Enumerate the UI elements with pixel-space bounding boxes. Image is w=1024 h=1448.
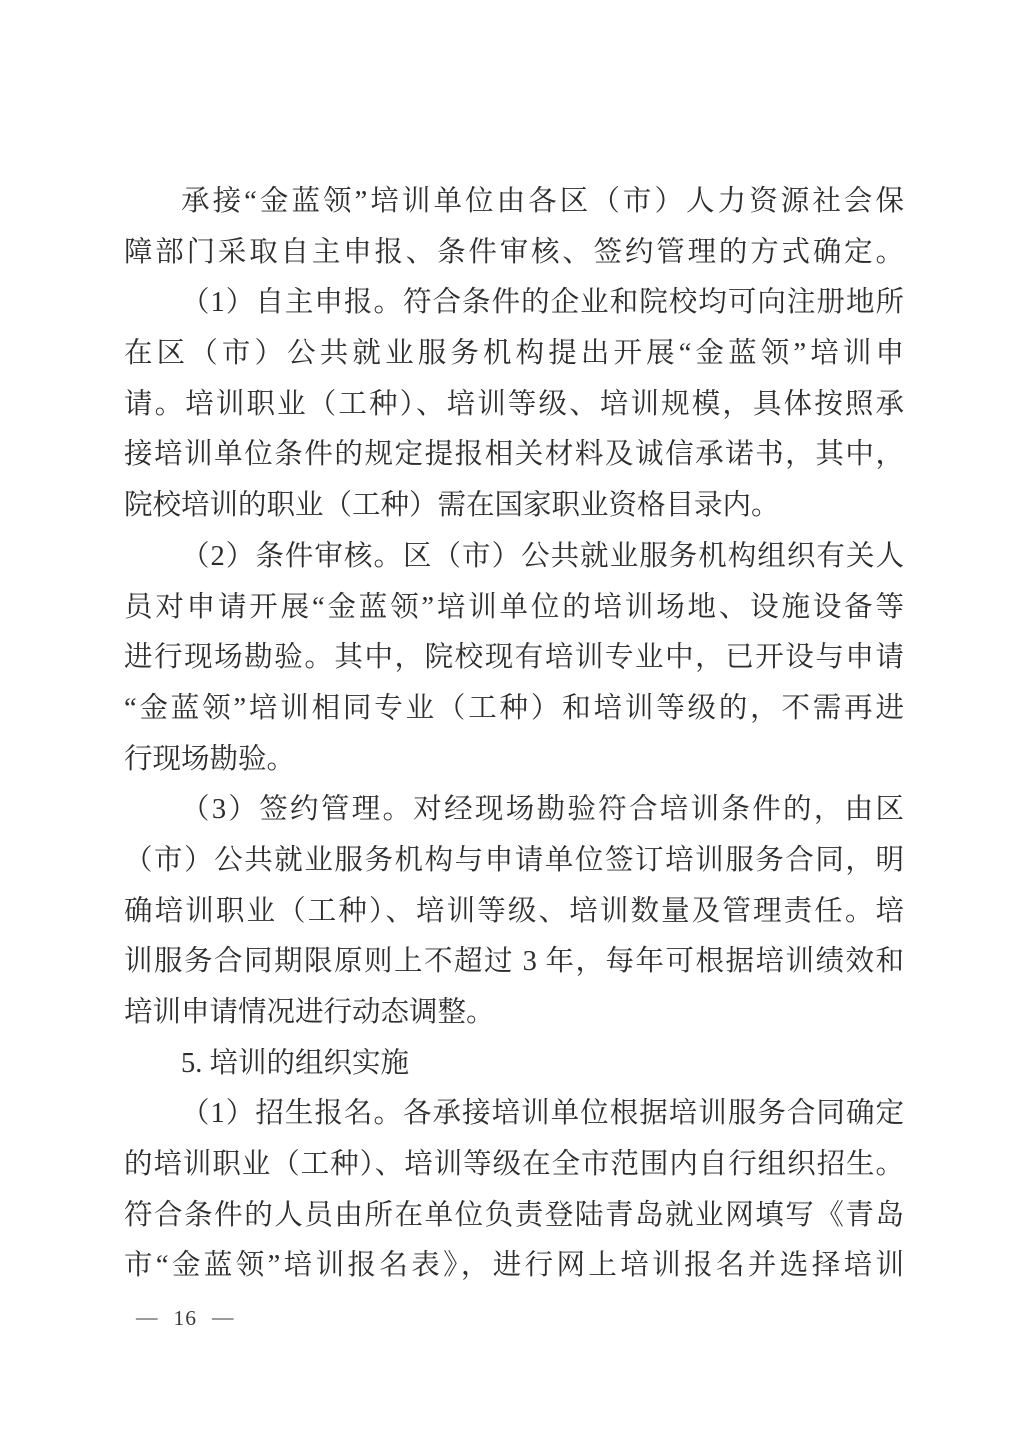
text-line: 培训申请情况进行动态调整。 — [124, 988, 904, 1039]
text-line: 市“金蓝领”培训报名表》，进行网上培训报名并选择培训 — [124, 1241, 904, 1292]
text-line: 障部门采取自主申报、条件审核、签约管理的方式确定。 — [124, 228, 904, 279]
paragraph: （1）招生报名。各承接培训单位根据培训服务合同确定 的培训职业（工种）、培训等级… — [124, 1089, 904, 1292]
text-line: 训服务合同期限原则上不超过 3 年，每年可根据培训绩效和 — [124, 937, 904, 988]
text-line: “金蓝领”培训相同专业（工种）和培训等级的，不需再进 — [124, 684, 904, 735]
text-line: 接培训单位条件的规定提报相关材料及诚信承诺书，其中， — [124, 430, 904, 481]
paragraph-heading: 5. 培训的组织实施 — [124, 1039, 904, 1090]
text-line: （3）签约管理。对经现场勘验符合培训条件的，由区 — [124, 785, 904, 836]
text-line: 在区（市）公共就业服务机构提出开展“金蓝领”培训申 — [124, 329, 904, 380]
document-page: 承接“金蓝领”培训单位由各区（市）人力资源社会保 障部门采取自主申报、条件审核、… — [0, 0, 1024, 1448]
paragraph: 承接“金蓝领”培训单位由各区（市）人力资源社会保 障部门采取自主申报、条件审核、… — [124, 177, 904, 278]
text-line: 员对申请开展“金蓝领”培训单位的培训场地、设施设备等 — [124, 583, 904, 634]
paragraph: （1）自主申报。符合条件的企业和院校均可向注册地所 在区（市）公共就业服务机构提… — [124, 278, 904, 531]
text-line: 进行现场勘验。其中，院校现有培训专业中，已开设与申请 — [124, 633, 904, 684]
section-heading-line: 5. 培训的组织实施 — [124, 1039, 904, 1090]
text-line: 符合条件的人员由所在单位负责登陆青岛就业网填写《青岛 — [124, 1191, 904, 1242]
text-line: （1）招生报名。各承接培训单位根据培训服务合同确定 — [124, 1089, 904, 1140]
text-line: 承接“金蓝领”培训单位由各区（市）人力资源社会保 — [124, 177, 904, 228]
page-number: 16 — [174, 1306, 198, 1331]
text-line: 行现场勘验。 — [124, 735, 904, 786]
text-line: （市）公共就业服务机构与申请单位签订培训服务合同，明 — [124, 836, 904, 887]
text-line: （2）条件审核。区（市）公共就业服务机构组织有关人 — [124, 532, 904, 583]
footer-right-dash: — — [212, 1305, 235, 1330]
text-line: （1）自主申报。符合条件的企业和院校均可向注册地所 — [124, 278, 904, 329]
paragraph: （3）签约管理。对经现场勘验符合培训条件的，由区 （市）公共就业服务机构与申请单… — [124, 785, 904, 1038]
text-line: 院校培训的职业（工种）需在国家职业资格目录内。 — [124, 481, 904, 532]
page-footer: — 16 — — [136, 1306, 235, 1331]
text-line: 确培训职业（工种）、培训等级、培训数量及管理责任。培 — [124, 887, 904, 938]
document-body: 承接“金蓝领”培训单位由各区（市）人力资源社会保 障部门采取自主申报、条件审核、… — [124, 177, 904, 1292]
paragraph: （2）条件审核。区（市）公共就业服务机构组织有关人 员对申请开展“金蓝领”培训单… — [124, 532, 904, 785]
footer-left-dash: — — [136, 1305, 159, 1330]
text-line: 的培训职业（工种）、培训等级在全市范围内自行组织招生。 — [124, 1140, 904, 1191]
text-line: 请。培训职业（工种）、培训等级、培训规模，具体按照承 — [124, 380, 904, 431]
